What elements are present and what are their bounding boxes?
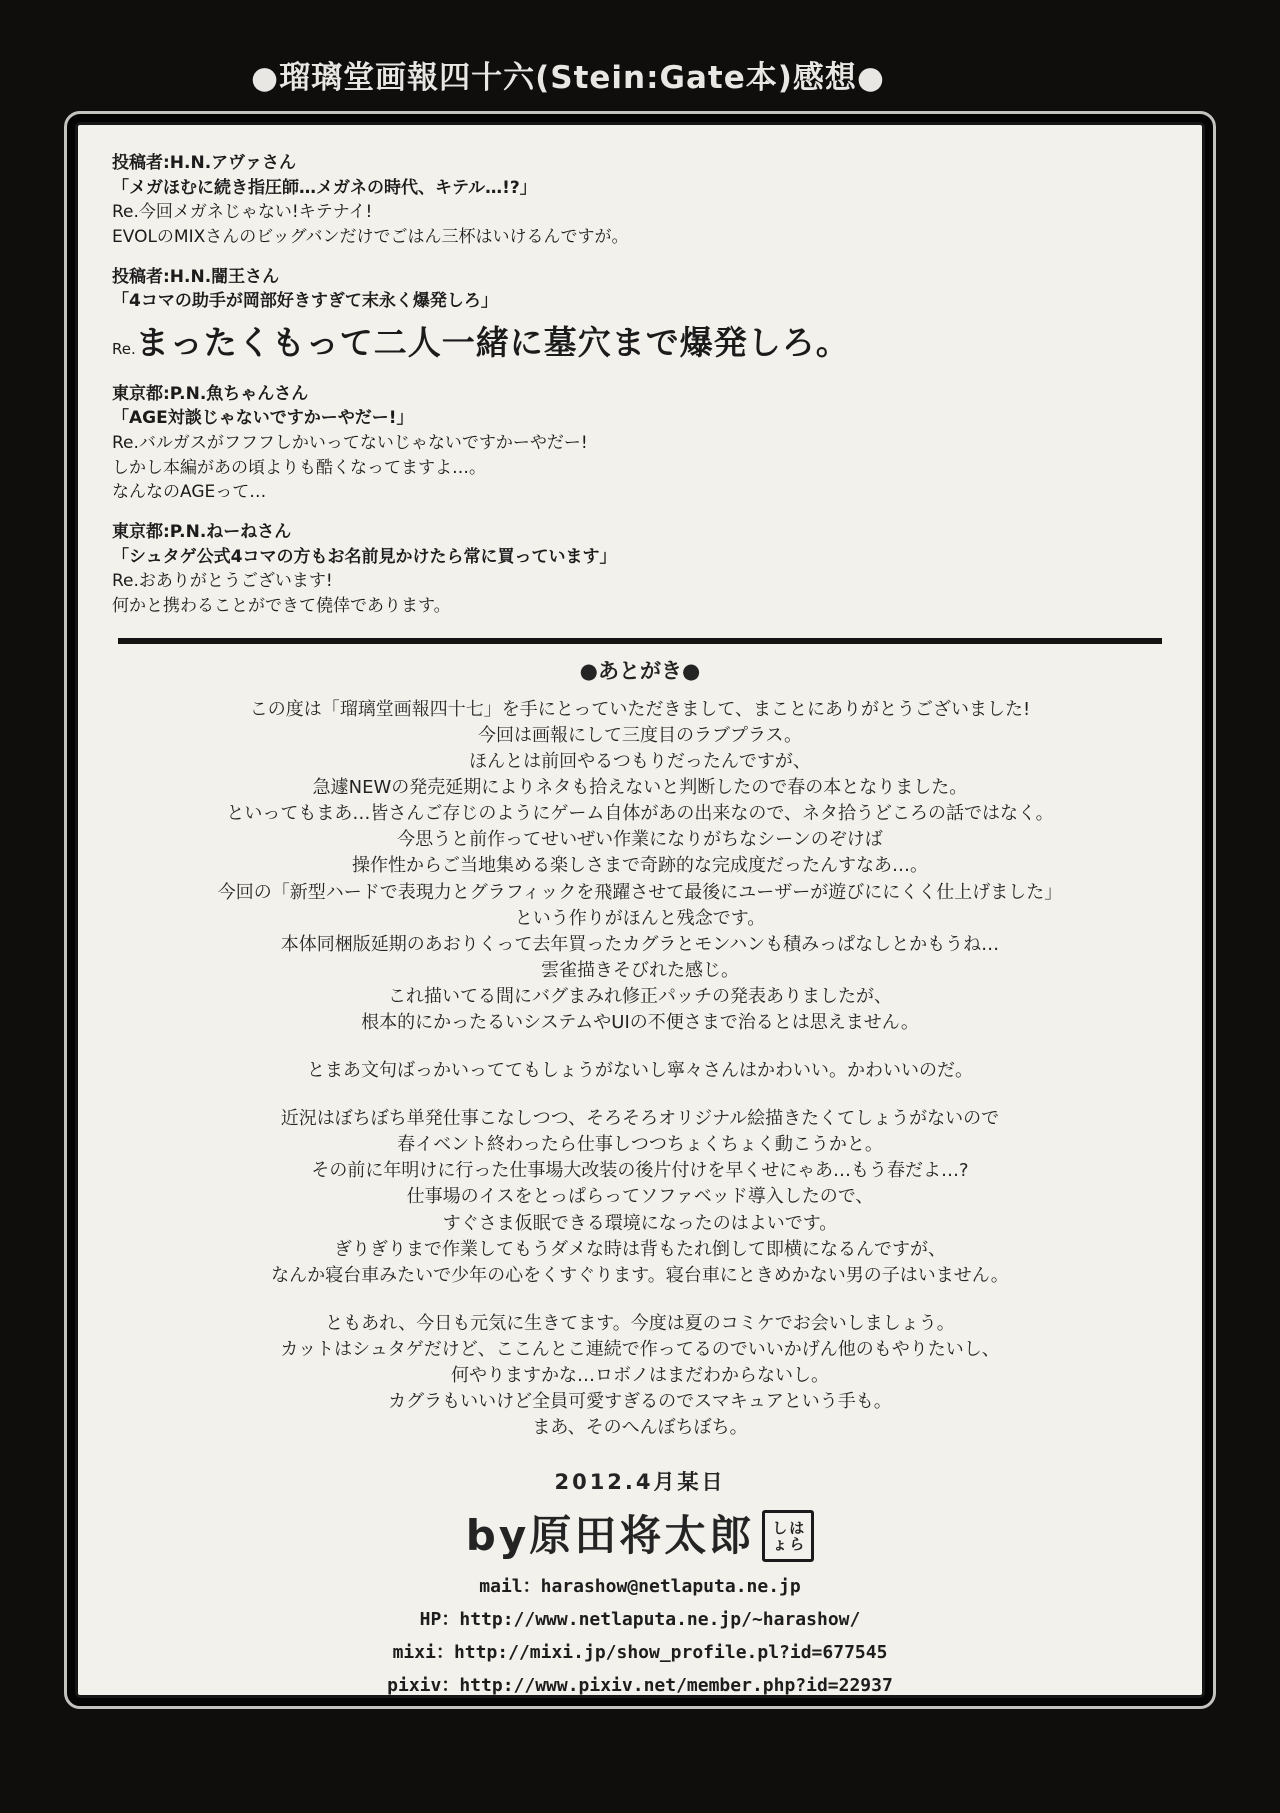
- mixi-url: http://mixi.jp/show_profile.pl?id=677545: [454, 1642, 887, 1663]
- comment-quote: 「メガほむに続き指圧師…メガネの時代、キテル…!?」: [112, 176, 1168, 201]
- afterword-line: ともあれ、今日も元気に生きてます。今度は夏のコミケでお会いしましょう。: [112, 1311, 1168, 1337]
- stamp-char: し: [772, 1520, 787, 1537]
- mixi-link-row: mixi：http://mixi.jp/show_profile.pl?id=6…: [112, 1640, 1168, 1666]
- afterword-paragraph: ともあれ、今日も元気に生きてます。今度は夏のコミケでお会いしましょう。 カットは…: [112, 1311, 1168, 1441]
- link-separator: ：: [436, 1642, 454, 1663]
- comment-reply: なんなのAGEって…: [112, 480, 1168, 505]
- paper-area: 投稿者:H.N.アヴァさん 「メガほむに続き指圧師…メガネの時代、キテル…!?」…: [75, 122, 1205, 1698]
- comment-quote: 「AGE対談じゃないですかーやだー!」: [112, 406, 1168, 431]
- afterword-line: 春イベント終わったら仕事しつつちょくちょく動こうかと。: [112, 1132, 1168, 1158]
- comment-reply: EVOLのMIXさんのビッグバンだけでごはん三杯はいけるんですが。: [112, 225, 1168, 250]
- comment-reply: 何かと携わることができて僥倖であります。: [112, 594, 1168, 619]
- link-separator: ：: [441, 1675, 459, 1696]
- hp-label: HP: [420, 1609, 442, 1630]
- afterword-line: カグラもいいけど全員可愛すぎるのでスマキュアという手も。: [112, 1389, 1168, 1415]
- afterword-line: この度は「瑠璃堂画報四十七」を手にとっていただきまして、まことにありがとうござい…: [112, 697, 1168, 723]
- afterword-line: ぎりぎりまで作業してもうダメな時は背もたれ倒して即横になるんですが、: [112, 1237, 1168, 1263]
- afterword-line: 今思うと前作ってせいぜい作業になりがちなシーンのぞけば: [112, 827, 1168, 853]
- comment-reply: Re.おありがとうございます!: [112, 569, 1168, 594]
- afterword-line: 仕事場のイスをとっぱらってソファベッド導入したので、: [112, 1184, 1168, 1210]
- content-frame: 投稿者:H.N.アヴァさん 「メガほむに続き指圧師…メガネの時代、キテル…!?」…: [64, 111, 1216, 1709]
- byline-row: by原田将太郎 は ら し ょ: [112, 1506, 1168, 1567]
- afterword-line: 今回は画報にして三度目のラブプラス。: [112, 723, 1168, 749]
- afterword-line: 操作性からご当地集める楽しさまで奇跡的な完成度だったんすなあ…。: [112, 853, 1168, 879]
- link-separator: ：: [441, 1609, 459, 1630]
- comment-author: 東京都:P.N.魚ちゃんさん: [112, 382, 1168, 407]
- comment-entry: 東京都:P.N.魚ちゃんさん 「AGE対談じゃないですかーやだー!」 Re.バル…: [112, 382, 1168, 505]
- author-byline: by原田将太郎: [466, 1506, 754, 1567]
- hp-link-row: HP：http://www.netlaputa.ne.jp/~harashow/: [112, 1607, 1168, 1633]
- hp-url: http://www.netlaputa.ne.jp/~harashow/: [459, 1609, 860, 1630]
- stamp-column-right: は ら: [789, 1520, 804, 1553]
- afterword-section: ●あとがき● この度は「瑠璃堂画報四十七」を手にとっていただきまして、まことにあ…: [112, 656, 1168, 1698]
- comment-author: 東京都:P.N.ねーねさん: [112, 520, 1168, 545]
- afterword-line: 今回の「新型ハードで表現力とグラフィックを飛躍させて最後にユーザーが遊びににくく…: [112, 880, 1168, 906]
- link-separator: ：: [523, 1576, 541, 1597]
- afterword-line: その前に年明けに行った仕事場大改装の後片付けを早くせにゃあ…もう春だよ…?: [112, 1158, 1168, 1184]
- mail-address: harashow@netlaputa.ne.jp: [541, 1576, 801, 1597]
- afterword-paragraph: 近況はぼちぼち単発仕事こなしつつ、そろそろオリジナル絵描きたくてしょうがないので…: [112, 1106, 1168, 1289]
- stamp-char: は: [789, 1520, 804, 1537]
- stamp-column-left: し ょ: [772, 1520, 787, 1553]
- contact-links: mail：harashow@netlaputa.ne.jp HP：http://…: [112, 1574, 1168, 1698]
- afterword-line: 何やりますかな…ロボノはまだわからないし。: [112, 1363, 1168, 1389]
- comment-entry: 投稿者:H.N.アヴァさん 「メガほむに続き指圧師…メガネの時代、キテル…!?」…: [112, 151, 1168, 250]
- comment-author: 投稿者:H.N.アヴァさん: [112, 151, 1168, 176]
- comment-reply-emphasized: Re.まったくもって二人一緒に墓穴まで爆発しろ。: [112, 319, 1168, 367]
- reply-text: まったくもって二人一緒に墓穴まで爆発しろ。: [136, 323, 850, 362]
- mail-label: mail: [479, 1576, 522, 1597]
- comment-reply: しかし本編があの頃よりも酷くなってますよ…。: [112, 456, 1168, 481]
- afterword-line: これ描いてる間にバグまみれ修正パッチの発表ありましたが、: [112, 984, 1168, 1010]
- publication-date: 2012.4月某日: [112, 1467, 1168, 1497]
- afterword-line: 本体同梱版延期のあおりくって去年買ったカグラとモンハンも積みっぱなしとかもうね…: [112, 932, 1168, 958]
- afterword-line: 雲雀描きそびれた感じ。: [112, 958, 1168, 984]
- afterword-line: といってもまあ…皆さんご存じのようにゲーム自体があの出来なので、ネタ拾うどころの…: [112, 801, 1168, 827]
- pixiv-link-row: pixiv：http://www.pixiv.net/member.php?id…: [112, 1673, 1168, 1698]
- comment-quote: 「シュタゲ公式4コマの方もお名前見かけたら常に買っています」: [112, 545, 1168, 570]
- afterword-heading: ●あとがき●: [112, 656, 1168, 686]
- pixiv-label: pixiv: [387, 1675, 441, 1696]
- reply-prefix: Re.: [112, 340, 136, 358]
- section-divider: [118, 638, 1162, 644]
- comment-quote: 「4コマの助手が岡部好きすぎて末永く爆発しろ」: [112, 289, 1168, 314]
- afterword-line: 急遽NEWの発売延期によりネタも拾えないと判断したので春の本となりました。: [112, 775, 1168, 801]
- colophon: 2012.4月某日 by原田将太郎 は ら し ょ: [112, 1467, 1168, 1698]
- afterword-line: という作りがほんと残念です。: [112, 906, 1168, 932]
- afterword-paragraph: この度は「瑠璃堂画報四十七」を手にとっていただきまして、まことにありがとうござい…: [112, 697, 1168, 1036]
- stamp-char: ら: [789, 1536, 804, 1553]
- comment-reply: Re.バルガスがフフフしかいってないじゃないですかーやだー!: [112, 431, 1168, 456]
- reader-comments-section: 投稿者:H.N.アヴァさん 「メガほむに続き指圧師…メガネの時代、キテル…!?」…: [112, 151, 1168, 618]
- comment-entry: 投稿者:H.N.闇王さん 「4コマの助手が岡部好きすぎて末永く爆発しろ」 Re.…: [112, 265, 1168, 367]
- afterword-line: まあ、そのへんぼちぼち。: [112, 1415, 1168, 1441]
- afterword-line: 根本的にかったるいシステムやUIの不便さまで治るとは思えません。: [112, 1010, 1168, 1036]
- comment-entry: 東京都:P.N.ねーねさん 「シュタゲ公式4コマの方もお名前見かけたら常に買って…: [112, 520, 1168, 619]
- afterword-line: なんか寝台車みたいで少年の心をくすぐります。寝台車にときめかない男の子はいません…: [112, 1263, 1168, 1289]
- afterword-line: 近況はぼちぼち単発仕事こなしつつ、そろそろオリジナル絵描きたくてしょうがないので: [112, 1106, 1168, 1132]
- afterword-line: すぐさま仮眠できる環境になったのはよいです。: [112, 1211, 1168, 1237]
- page-title: ●瑠璃堂画報四十六(Stein:Gate本)感想●: [118, 52, 1018, 97]
- mixi-label: mixi: [393, 1642, 436, 1663]
- stamp-char: ょ: [772, 1536, 787, 1553]
- mail-link-row: mail：harashow@netlaputa.ne.jp: [112, 1574, 1168, 1600]
- afterword-line: カットはシュタゲだけど、ここんとこ連続で作ってるのでいいかげん他のもやりたいし、: [112, 1337, 1168, 1363]
- comment-reply: Re.今回メガネじゃない!キテナイ!: [112, 200, 1168, 225]
- afterword-line: ほんとは前回やるつもりだったんですが、: [112, 749, 1168, 775]
- pixiv-url: http://www.pixiv.net/member.php?id=22937: [459, 1675, 892, 1696]
- afterword-line: とまあ文句ばっかいっててもしょうがないし寧々さんはかわいい。かわいいのだ。: [112, 1058, 1168, 1084]
- comment-author: 投稿者:H.N.闇王さん: [112, 265, 1168, 290]
- author-hanko-stamp: は ら し ょ: [762, 1510, 814, 1562]
- afterword-paragraph: とまあ文句ばっかいっててもしょうがないし寧々さんはかわいい。かわいいのだ。: [112, 1058, 1168, 1084]
